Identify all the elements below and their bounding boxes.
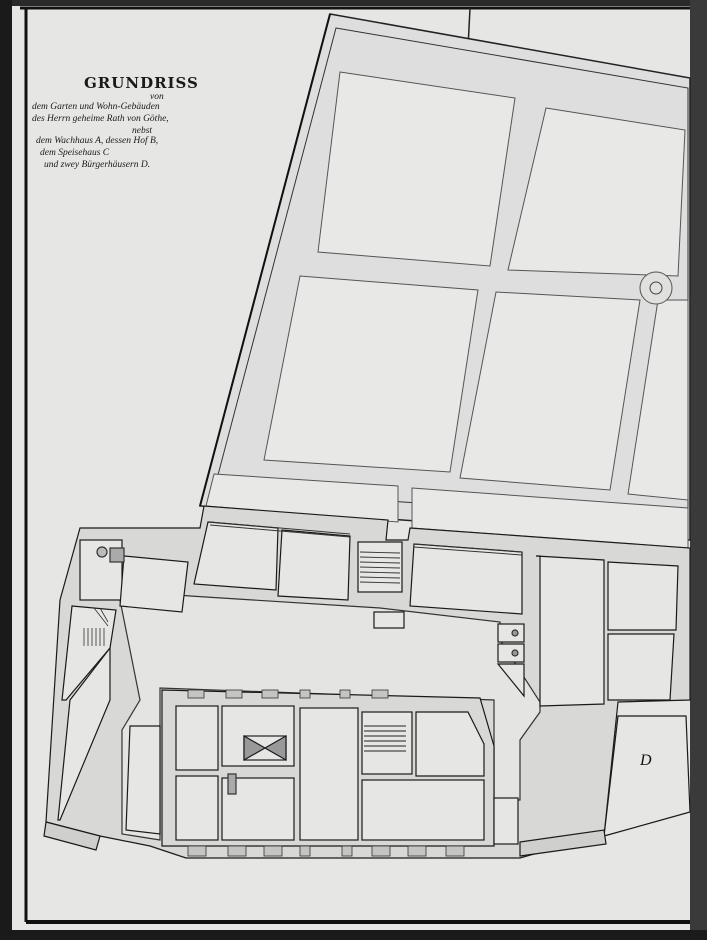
small-shed [374, 612, 404, 628]
right-scan-edge [690, 0, 707, 940]
round-basin [640, 272, 672, 304]
plan-label-d: D [640, 752, 652, 770]
left-scan-edge [0, 0, 12, 940]
scan-background: GRUNDRISS von dem Garten und Wohn-Gebäud… [0, 0, 707, 940]
title-line-3: des Herrn geheime Rath von Göthe, [32, 114, 169, 124]
title-line-nebst: nebst [132, 126, 152, 136]
title-line-7: und zwey Bürgerhäusern D. [44, 160, 150, 170]
plan-title: GRUNDRISS [84, 74, 199, 92]
stove-icon [97, 547, 107, 557]
garden [200, 14, 690, 548]
bottom-scan-edge [0, 930, 707, 940]
title-line-von: von [150, 92, 164, 102]
ornament-hourglass-icon [244, 736, 286, 760]
title-line-6: dem Speisehaus C [40, 148, 109, 158]
title-line-2: dem Garten und Wohn-Gebäuden [32, 102, 160, 112]
building-complex [44, 506, 690, 858]
title-line-5: dem Wachhaus A, dessen Hof B, [36, 136, 158, 146]
